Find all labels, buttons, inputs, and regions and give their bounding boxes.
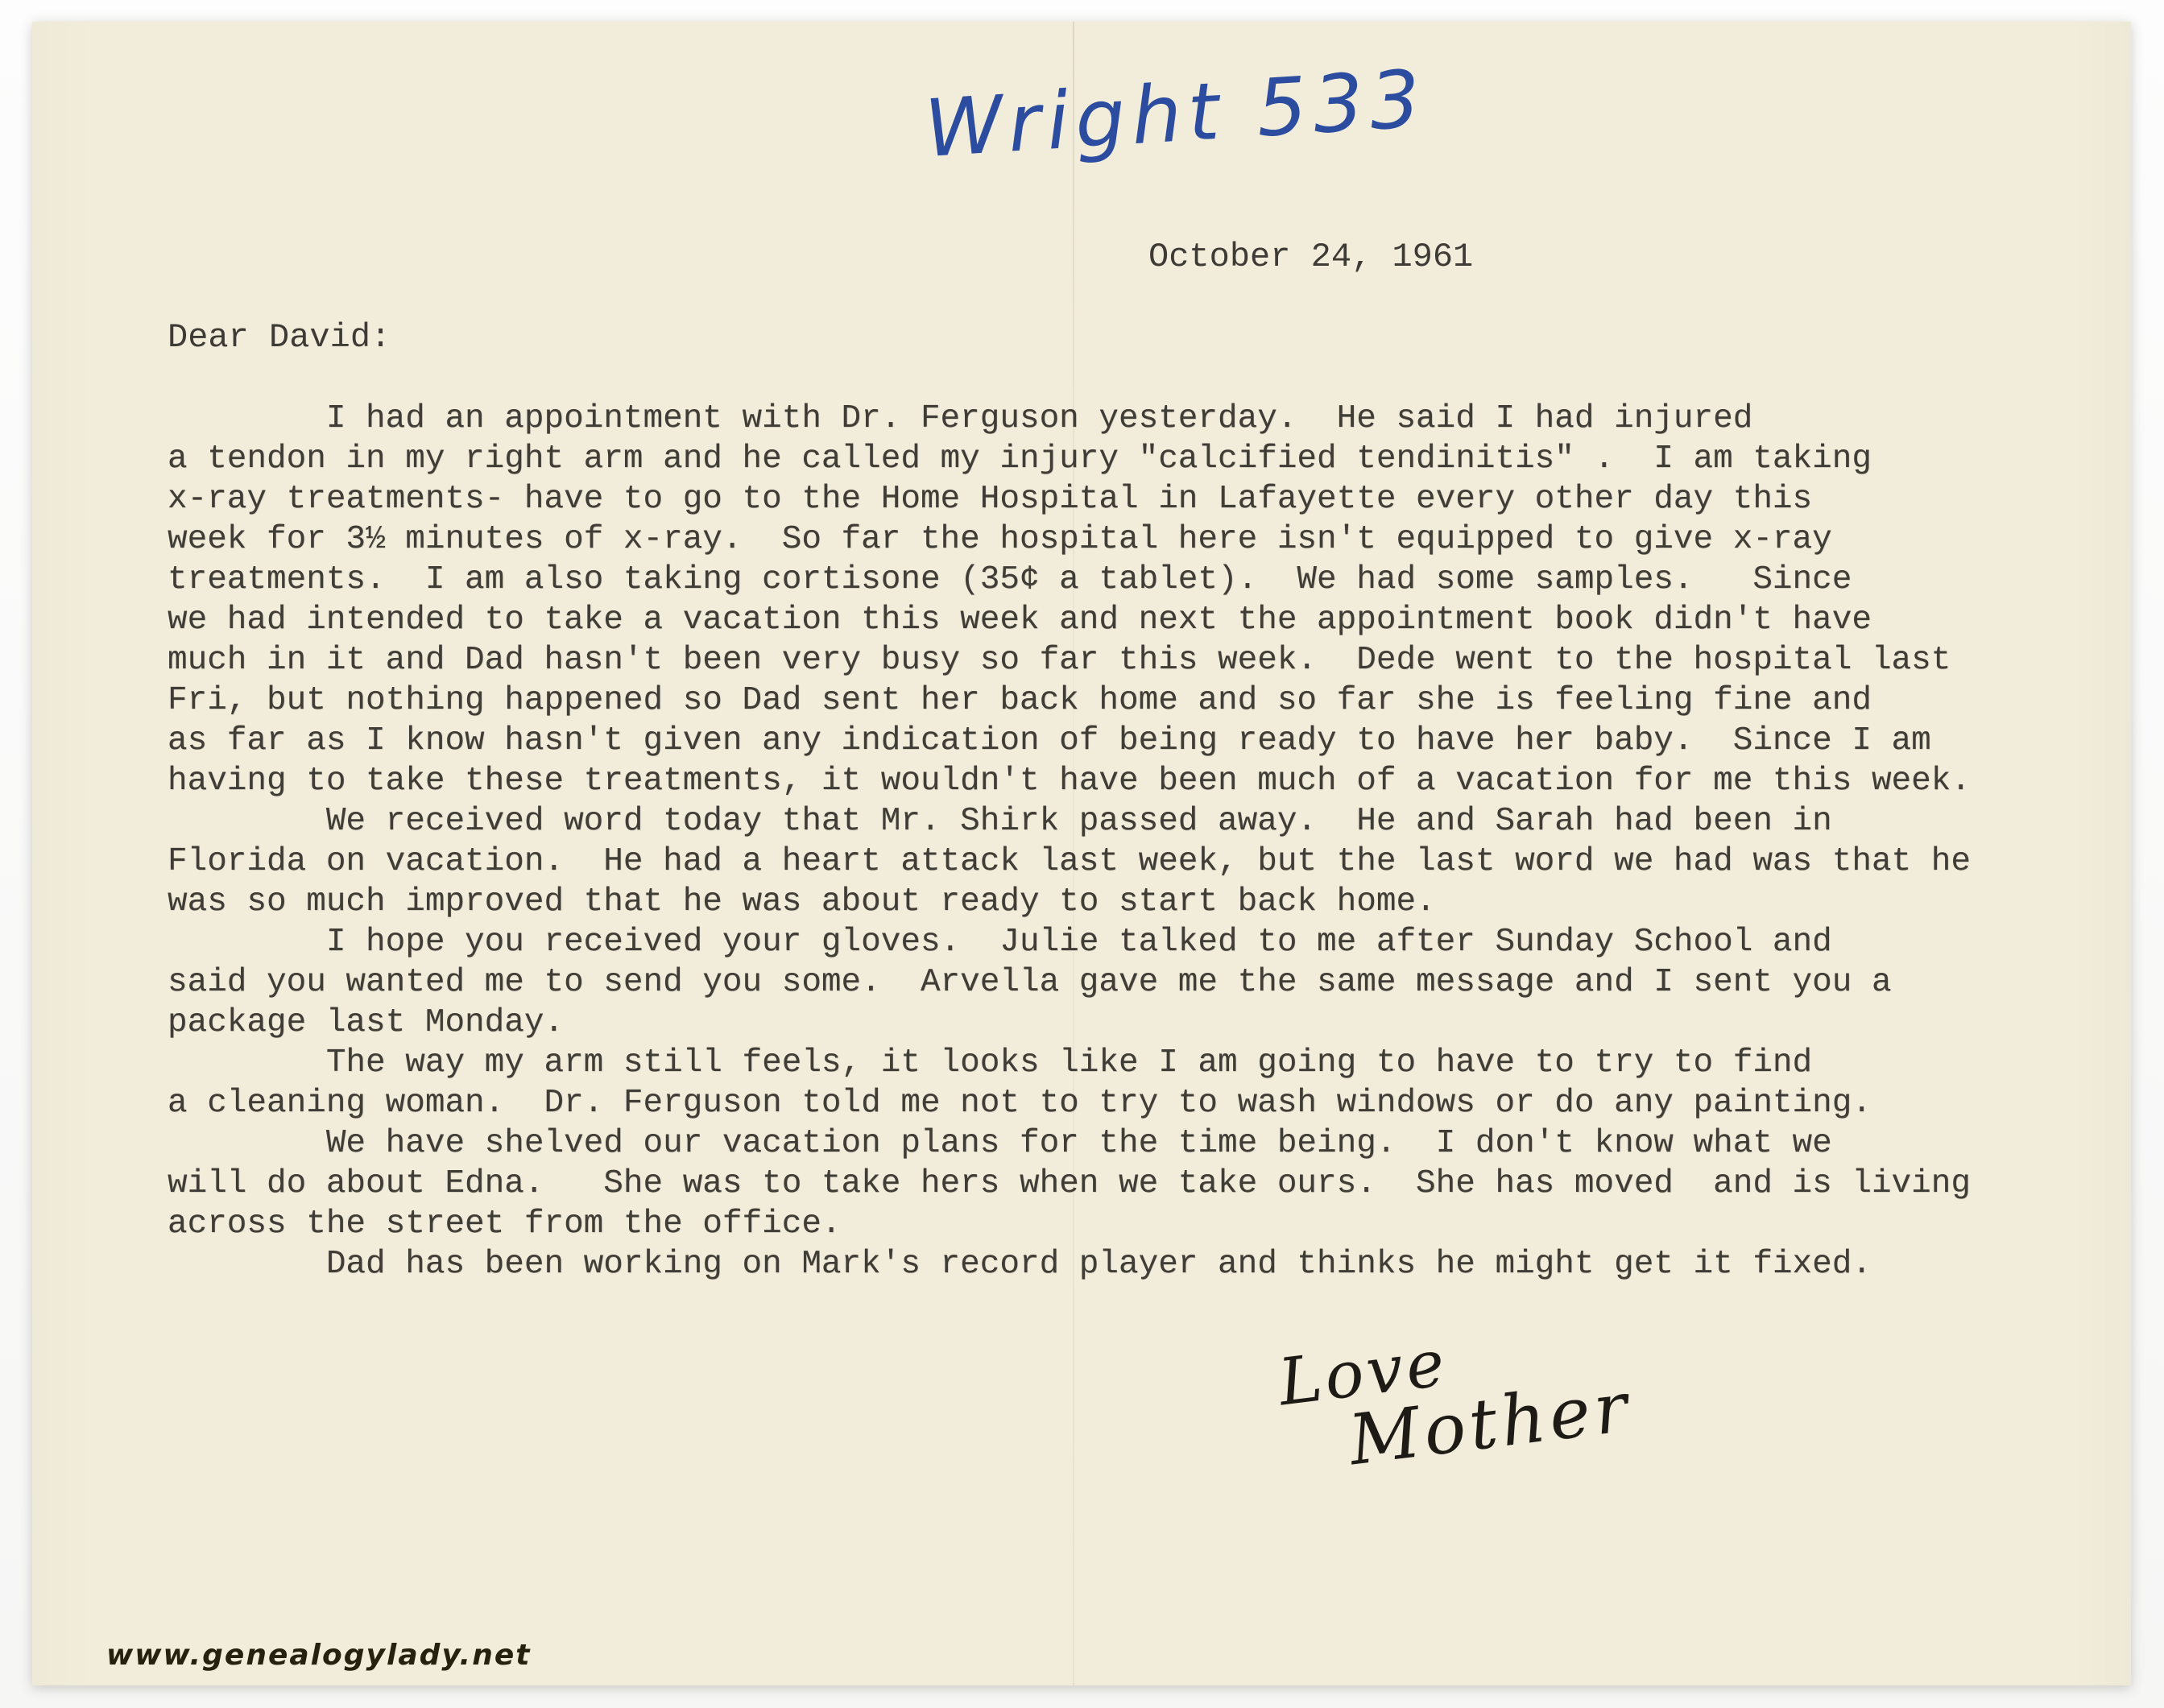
letter-body: I had an appointment with Dr. Ferguson y… [168, 399, 1971, 1284]
handwritten-signature: Love Mother [1265, 1304, 1636, 1491]
letter-date: October 24, 1961 [1148, 238, 1473, 276]
handwritten-annotation: Wright 533 [922, 53, 1429, 176]
scan-background: Wright 533 October 24, 1961 Dear David: … [0, 0, 2164, 1708]
watermark-url: www.genealogylady.net [106, 1639, 531, 1672]
letter-salutation: Dear David: [168, 318, 391, 357]
letter-paper: Wright 533 October 24, 1961 Dear David: … [32, 22, 2131, 1685]
